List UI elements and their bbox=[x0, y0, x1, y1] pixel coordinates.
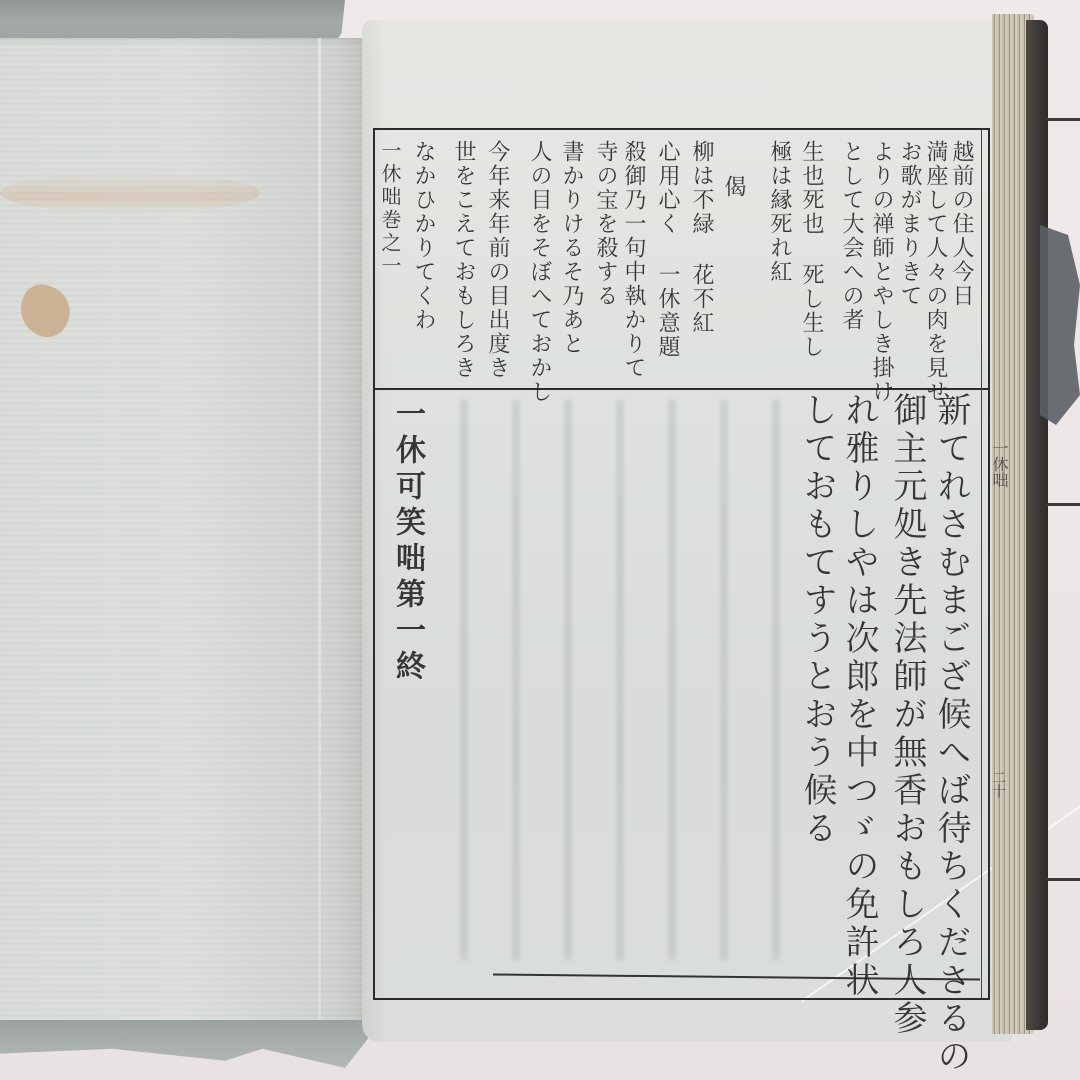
text-column: なかひかりてくわ bbox=[412, 140, 434, 332]
text-column: 越前の住人今日 bbox=[950, 140, 972, 308]
text-column: れ雅りしやは次郎を中つゞの免許状 bbox=[842, 392, 876, 1000]
background-line bbox=[1046, 503, 1080, 506]
background-line bbox=[1046, 118, 1080, 121]
worn-fore-edge bbox=[1026, 20, 1048, 1030]
section-divider bbox=[375, 388, 988, 390]
text-column: お歌がまりきて bbox=[898, 140, 920, 308]
text-column: 新てれさむまござ候へば待ちくださるの bbox=[934, 392, 968, 1076]
text-column: 今年来年前の目出度き bbox=[486, 140, 508, 380]
left-page-blank bbox=[0, 38, 372, 1032]
text-column: しておもてすうとおう候る bbox=[800, 392, 834, 848]
water-stain bbox=[0, 173, 260, 213]
book-photo-scene: 越前の住人今日 満座して人々の肉を見せ お歌がまりきて よりの禅師とやしき掛け … bbox=[0, 0, 1080, 1080]
left-page-fold bbox=[318, 38, 321, 1032]
text-column: 極は縁死れ紅 bbox=[768, 140, 790, 284]
text-column: 満座して人々の肉を見せ bbox=[924, 140, 946, 404]
text-column: 殺御乃一句中執かりて bbox=[622, 140, 644, 380]
text-column: 偈 bbox=[722, 175, 744, 199]
running-title: 一休咄巻之一 bbox=[380, 140, 400, 278]
text-column: 書かりけるそ乃あと bbox=[560, 140, 582, 356]
text-column: 寺の宝を殺する bbox=[594, 140, 616, 308]
text-column: 御主元処き先法師が無香おもしろ人参 bbox=[890, 392, 924, 1038]
text-column: 柳は不緑 花不紅 bbox=[690, 140, 712, 335]
background-line bbox=[1046, 878, 1080, 881]
fore-edge-title: 一休咄 bbox=[988, 440, 1011, 488]
frame-inner-rule bbox=[981, 130, 988, 998]
brown-stain bbox=[13, 279, 77, 343]
text-column: よりの禅師とやしき掛け bbox=[870, 140, 892, 404]
text-column: 人の目をそぼへておかし bbox=[528, 140, 550, 404]
chapter-end-title: 一休可笑咄第一終 bbox=[392, 398, 422, 686]
fore-edge-page-number: 二十 bbox=[988, 770, 1008, 798]
text-column: 生也死也 死し生し bbox=[800, 140, 822, 359]
text-column: 世をこえておもしろき bbox=[452, 140, 474, 380]
text-column: 心用心く 一休意題 bbox=[656, 140, 678, 359]
text-column: として大会への者 bbox=[840, 140, 862, 332]
